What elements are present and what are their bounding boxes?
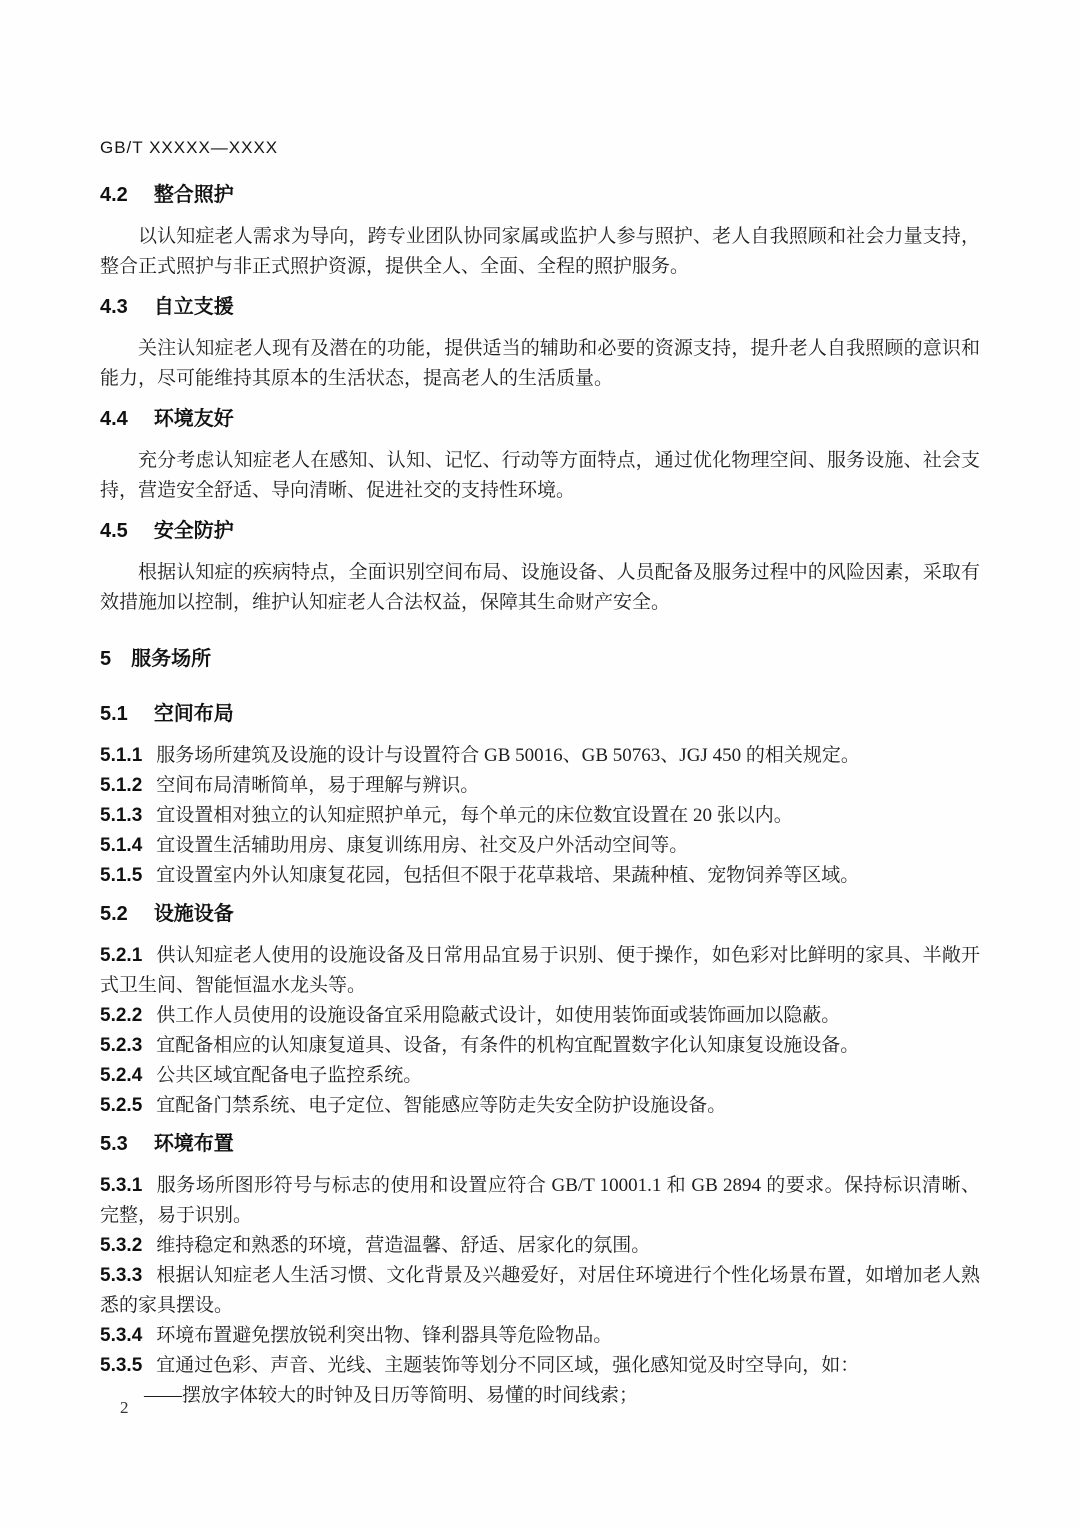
section-body-4-2: 以认知症老人需求为导向，跨专业团队协同家属或监护人参与照护、老人自我照顾和社会力… (100, 222, 980, 282)
clause-number: 5.2.3 (100, 1035, 142, 1056)
section-number: 5.3 (100, 1133, 128, 1155)
clause-text: 根据认知症老人生活习惯、文化背景及兴趣爱好，对居住环境进行个性化场景布置，如增加… (100, 1265, 980, 1316)
clause-5-3-5: 5.3.5宜通过色彩、声音、光线、主题装饰等划分不同区域，强化感知觉及时空导向，… (100, 1351, 980, 1381)
clause-text: 环境布置避免摆放锐利突出物、锋利器具等危险物品。 (156, 1325, 612, 1346)
clause-number: 5.3.5 (100, 1355, 142, 1376)
clause-number: 5.2.4 (100, 1065, 142, 1086)
section-title: 设施设备 (154, 903, 234, 925)
section-title: 自立支援 (154, 296, 234, 318)
page-number: 2 (120, 1398, 129, 1418)
clause-text: 宜配备门禁系统、电子定位、智能感应等防走失安全防护设施设备。 (156, 1095, 726, 1116)
clause-5-2-1: 5.2.1供认知症老人使用的设施设备及日常用品宜易于识别、便于操作，如色彩对比鲜… (100, 941, 980, 1001)
clause-text: 公共区域宜配备电子监控系统。 (156, 1065, 422, 1086)
clause-5-1-2: 5.1.2空间布局清晰简单，易于理解与辨识。 (100, 771, 980, 801)
clause-text: 宜设置相对独立的认知症照护单元，每个单元的床位数宜设置在 20 张以内。 (156, 805, 793, 826)
chapter-heading-5: 5服务场所 (100, 646, 980, 672)
clause-number: 5.3.3 (100, 1265, 142, 1286)
section-heading-5-3: 5.3环境布置 (100, 1131, 980, 1157)
clause-number: 5.3.2 (100, 1235, 142, 1256)
clause-5-1-1: 5.1.1服务场所建筑及设施的设计与设置符合 GB 50016、GB 50763… (100, 741, 980, 771)
section-heading-5-1: 5.1空间布局 (100, 701, 980, 727)
section-number: 4.4 (100, 408, 128, 430)
clause-number: 5.2.2 (100, 1005, 142, 1026)
clause-text: 维持稳定和熟悉的环境，营造温馨、舒适、居家化的氛围。 (156, 1235, 650, 1256)
clause-5-2-2: 5.2.2供工作人员使用的设施设备宜采用隐蔽式设计，如使用装饰面或装饰画加以隐蔽… (100, 1001, 980, 1031)
clause-text: 空间布局清晰简单，易于理解与辨识。 (156, 775, 479, 796)
section-number: 5.1 (100, 703, 128, 725)
clause-text: 宜设置生活辅助用房、康复训练用房、社交及户外活动空间等。 (156, 835, 688, 856)
clause-5-3-3: 5.3.3根据认知症老人生活习惯、文化背景及兴趣爱好，对居住环境进行个性化场景布… (100, 1261, 980, 1321)
section-title: 安全防护 (154, 520, 234, 542)
clause-number: 5.3.1 (100, 1175, 142, 1196)
clause-5-3-1: 5.3.1服务场所图形符号与标志的使用和设置应符合 GB/T 10001.1 和… (100, 1171, 980, 1231)
clause-group-5-2: 5.2.1供认知症老人使用的设施设备及日常用品宜易于识别、便于操作，如色彩对比鲜… (100, 941, 980, 1121)
section-body-4-3: 关注认知症老人现有及潜在的功能，提供适当的辅助和必要的资源支持，提升老人自我照顾… (100, 334, 980, 394)
section-heading-5-2: 5.2设施设备 (100, 901, 980, 927)
section-number: 5.2 (100, 903, 128, 925)
section-title: 整合照护 (154, 184, 234, 206)
clause-number: 5.1.2 (100, 775, 142, 796)
section-heading-4-4: 4.4环境友好 (100, 406, 980, 432)
section-title: 环境布置 (154, 1133, 234, 1155)
clause-5-3-4: 5.3.4环境布置避免摆放锐利突出物、锋利器具等危险物品。 (100, 1321, 980, 1351)
clause-5-2-4: 5.2.4公共区域宜配备电子监控系统。 (100, 1061, 980, 1091)
chapter-number: 5 (100, 648, 111, 670)
clause-number: 5.2.1 (100, 945, 142, 966)
document-page: GB/T XXXXX—XXXX 4.2整合照护 以认知症老人需求为导向，跨专业团… (0, 0, 1080, 1527)
clause-text: 宜配备相应的认知康复道具、设备，有条件的机构宜配置数字化认知康复设施设备。 (156, 1035, 859, 1056)
clause-text: 服务场所图形符号与标志的使用和设置应符合 GB/T 10001.1 和 GB 2… (100, 1175, 980, 1226)
dash-list-item: ——摆放字体较大的时钟及日历等简明、易懂的时间线索； (144, 1381, 980, 1411)
section-heading-4-5: 4.5安全防护 (100, 518, 980, 544)
clause-5-1-5: 5.1.5宜设置室内外认知康复花园，包括但不限于花草栽培、果蔬种植、宠物饲养等区… (100, 861, 980, 891)
clause-text: 供工作人员使用的设施设备宜采用隐蔽式设计，如使用装饰面或装饰画加以隐蔽。 (156, 1005, 840, 1026)
section-body-4-4: 充分考虑认知症老人在感知、认知、记忆、行动等方面特点，通过优化物理空间、服务设施… (100, 446, 980, 506)
section-title: 空间布局 (154, 703, 234, 725)
clause-5-2-5: 5.2.5宜配备门禁系统、电子定位、智能感应等防走失安全防护设施设备。 (100, 1091, 980, 1121)
clause-number: 5.2.5 (100, 1095, 142, 1116)
section-number: 4.2 (100, 184, 128, 206)
clause-text: 供认知症老人使用的设施设备及日常用品宜易于识别、便于操作，如色彩对比鲜明的家具、… (100, 945, 980, 996)
section-heading-4-2: 4.2整合照护 (100, 182, 980, 208)
clause-5-2-3: 5.2.3宜配备相应的认知康复道具、设备，有条件的机构宜配置数字化认知康复设施设… (100, 1031, 980, 1061)
clause-text: 宜通过色彩、声音、光线、主题装饰等划分不同区域，强化感知觉及时空导向，如： (156, 1355, 859, 1376)
section-number: 4.5 (100, 520, 128, 542)
clause-5-3-2: 5.3.2维持稳定和熟悉的环境，营造温馨、舒适、居家化的氛围。 (100, 1231, 980, 1261)
clause-5-1-4: 5.1.4宜设置生活辅助用房、康复训练用房、社交及户外活动空间等。 (100, 831, 980, 861)
section-number: 4.3 (100, 296, 128, 318)
clause-number: 5.1.5 (100, 865, 142, 886)
clause-number: 5.3.4 (100, 1325, 142, 1346)
clause-text: 服务场所建筑及设施的设计与设置符合 GB 50016、GB 50763、JGJ … (156, 745, 860, 766)
section-body-4-5: 根据认知症的疾病特点，全面识别空间布局、设施设备、人员配备及服务过程中的风险因素… (100, 558, 980, 618)
clause-number: 5.1.4 (100, 835, 142, 856)
doc-code-header: GB/T XXXXX—XXXX (100, 135, 980, 161)
clause-number: 5.1.3 (100, 805, 142, 826)
clause-text: 宜设置室内外认知康复花园，包括但不限于花草栽培、果蔬种植、宠物饲养等区域。 (156, 865, 859, 886)
section-heading-4-3: 4.3自立支援 (100, 294, 980, 320)
clause-number: 5.1.1 (100, 745, 142, 766)
clause-group-5-3: 5.3.1服务场所图形符号与标志的使用和设置应符合 GB/T 10001.1 和… (100, 1171, 980, 1411)
section-title: 环境友好 (154, 408, 234, 430)
clause-5-1-3: 5.1.3宜设置相对独立的认知症照护单元，每个单元的床位数宜设置在 20 张以内… (100, 801, 980, 831)
chapter-title: 服务场所 (131, 648, 211, 670)
clause-group-5-1: 5.1.1服务场所建筑及设施的设计与设置符合 GB 50016、GB 50763… (100, 741, 980, 891)
